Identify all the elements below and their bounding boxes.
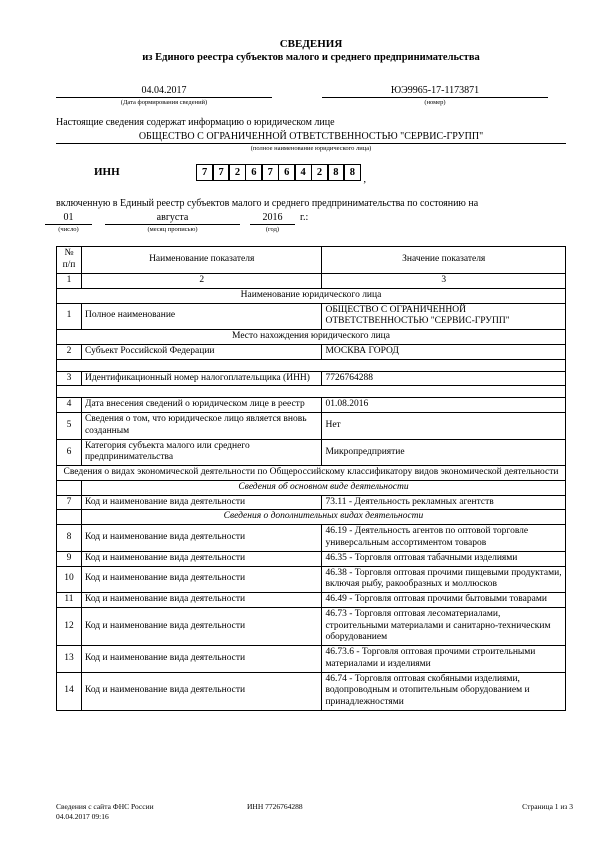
indicator-value-cell: 46.49 - Торговля оптовая прочими бытовым… [322,593,566,608]
subsection-header-cell: Сведения об основном виде деятельности [81,480,565,495]
indicator-name-cell: Категория субъекта малого или среднего п… [81,439,321,466]
document-content: СВЕДЕНИЯ из Единого реестра субъектов ма… [56,38,566,711]
row-number-cell: 9 [57,551,82,566]
inn-digit-box: 8 [343,164,361,181]
formation-date-label: (Дата формирования сведений) [56,98,272,107]
inn-digit-boxes: 7726764288 [196,164,362,181]
document-title: СВЕДЕНИЯ [56,38,566,51]
section-header-cell: Место нахождения юридического лица [57,330,566,345]
as-of-date-row: 01 (число) августа (месяц прописью) 2016… [56,211,566,234]
table-data-row: 10Код и наименование вида деятельности46… [57,566,566,593]
row-number-cell: 5 [57,413,82,440]
table-subsection-row: Сведения о дополнительных видах деятельн… [57,510,566,525]
indicator-name-cell: Код и наименование вида деятельности [81,525,321,552]
table-empty-row [57,359,566,371]
table-empty-row [57,386,566,398]
table-data-row: 14Код и наименование вида деятельности46… [57,672,566,710]
document-number-field: ЮЭ9965-17-1173871 (номер) [322,84,548,107]
table-subsection-row: Сведения об основном виде деятельности [57,480,566,495]
inn-digit-box: 2 [228,164,246,181]
inn-digit-box: 6 [278,164,296,181]
footer-source-block: Сведения с сайта ФНС России 04.04.2017 0… [56,802,154,822]
header-name-cell: Наименование показателя [81,247,321,274]
table-data-row: 5Сведения о том, что юридическое лицо яв… [57,413,566,440]
indicator-name-cell: Код и наименование вида деятельности [81,646,321,673]
included-line: включенную в Единый реестр субъектов мал… [56,197,566,210]
column-number-cell: 2 [81,274,321,289]
footer-page-number: Страница 1 из 3 [522,802,573,812]
report-table: № п/п Наименование показателя Значение п… [56,246,566,711]
column-number-cell: 3 [322,274,566,289]
indicator-name-cell: Сведения о том, что юридическое лицо явл… [81,413,321,440]
indicator-value-cell: 46.73.6 - Торговля оптовая прочими строи… [322,646,566,673]
document-number-value: ЮЭ9965-17-1173871 [322,84,548,98]
as-of-day-label: (число) [45,225,92,234]
table-data-row: 11Код и наименование вида деятельности46… [57,593,566,608]
table-data-row: 6Категория субъекта малого или среднего … [57,439,566,466]
table-data-row: 13Код и наименование вида деятельности46… [57,646,566,673]
header-fields-row: 04.04.2017 (Дата формирования сведений) … [56,84,566,107]
row-number-cell: 13 [57,646,82,673]
report-table-body: Наименование юридического лица1Полное на… [57,288,566,710]
indicator-value-cell: 01.08.2016 [322,398,566,413]
indicator-value-cell: 7726764288 [322,371,566,386]
as-of-day-value: 01 [45,211,92,225]
table-header-row: № п/п Наименование показателя Значение п… [57,247,566,274]
table-data-row: 12Код и наименование вида деятельности46… [57,607,566,645]
indicator-name-cell: Полное наименование [81,303,321,330]
table-data-row: 2Субъект Российской ФедерацииМОСКВА ГОРО… [57,344,566,359]
row-number-cell: 1 [57,303,82,330]
row-number-cell: 14 [57,672,82,710]
inn-comma: , [363,174,366,184]
indicator-value-cell: ОБЩЕСТВО С ОГРАНИЧЕННОЙ ОТВЕТСТВЕННОСТЬЮ… [322,303,566,330]
inn-digit-box: 2 [311,164,329,181]
row-number-cell: 3 [57,371,82,386]
subsection-header-cell: Сведения о дополнительных видах деятельн… [81,510,565,525]
intro-line: Настоящие сведения содержат информацию о… [56,116,566,129]
indicator-value-cell: 46.38 - Торговля оптовая прочими пищевым… [322,566,566,593]
table-data-row: 8Код и наименование вида деятельности46.… [57,525,566,552]
as-of-year-field: 2016 (год) [250,211,295,234]
table-section-row: Сведения о видах экономической деятельно… [57,466,566,481]
as-of-month-field: августа (месяц прописью) [105,211,240,234]
row-number-cell: 7 [57,495,82,510]
row-number-cell: 8 [57,525,82,552]
empty-separator-cell [57,386,566,398]
row-number-cell: 6 [57,439,82,466]
table-data-row: 1Полное наименованиеОБЩЕСТВО С ОГРАНИЧЕН… [57,303,566,330]
indicator-name-cell: Субъект Российской Федерации [81,344,321,359]
document-page: СВЕДЕНИЯ из Единого реестра субъектов ма… [0,0,595,842]
row-number-cell: 2 [57,344,82,359]
section-header-cell: Наименование юридического лица [57,288,566,303]
inn-label: ИНН [94,164,120,181]
row-number-cell: 12 [57,607,82,645]
as-of-year-value: 2016 [250,211,295,225]
header-value-cell: Значение показателя [322,247,566,274]
inn-digit-box: 4 [294,164,312,181]
indicator-name-cell: Код и наименование вида деятельности [81,495,321,510]
inn-row: ИНН 7726764288 , [56,164,566,184]
as-of-month-value: августа [105,211,240,225]
indicator-value-cell: 46.73 - Торговля оптовая лесоматериалами… [322,607,566,645]
table-data-row: 9Код и наименование вида деятельности46.… [57,551,566,566]
as-of-year-suffix: г.: [300,211,308,234]
table-data-row: 7Код и наименование вида деятельности73.… [57,495,566,510]
indicator-value-cell: 73.11 - Деятельность рекламных агентств [322,495,566,510]
footer-inn: ИНН 7726764288 [247,802,303,812]
indicator-value-cell: Микропредприятие [322,439,566,466]
footer-generated-at: 04.04.2017 09:16 [56,812,154,822]
table-section-row: Наименование юридического лица [57,288,566,303]
indicator-name-cell: Код и наименование вида деятельности [81,593,321,608]
indicator-name-cell: Дата внесения сведений о юридическом лиц… [81,398,321,413]
section-header-cell: Сведения о видах экономической деятельно… [57,466,566,481]
row-number-cell: 4 [57,398,82,413]
subsection-empty-num-cell [57,510,82,525]
indicator-value-cell: МОСКВА ГОРОД [322,344,566,359]
formation-date-value: 04.04.2017 [56,84,272,98]
inn-digit-box: 8 [327,164,345,181]
column-number-cell: 1 [57,274,82,289]
indicator-name-cell: Код и наименование вида деятельности [81,566,321,593]
table-column-numbers-row: 1 2 3 [57,274,566,289]
indicator-value-cell: Нет [322,413,566,440]
as-of-day-field: 01 (число) [45,211,92,234]
row-number-cell: 11 [57,593,82,608]
row-number-cell: 10 [57,566,82,593]
indicator-name-cell: Код и наименование вида деятельности [81,607,321,645]
company-name-label: (полное наименование юридического лица) [56,144,566,153]
table-data-row: 4Дата внесения сведений о юридическом ли… [57,398,566,413]
header-num-cell: № п/п [57,247,82,274]
document-subtitle: из Единого реестра субъектов малого и ср… [56,51,566,64]
subsection-empty-num-cell [57,480,82,495]
indicator-name-cell: Код и наименование вида деятельности [81,551,321,566]
indicator-value-cell: 46.19 - Деятельность агентов по оптовой … [322,525,566,552]
inn-digit-box: 7 [261,164,279,181]
table-data-row: 3Идентификационный номер налогоплательщи… [57,371,566,386]
as-of-month-label: (месяц прописью) [105,225,240,234]
as-of-year-label: (год) [250,225,295,234]
indicator-name-cell: Код и наименование вида деятельности [81,672,321,710]
empty-separator-cell [57,359,566,371]
inn-digit-box: 6 [245,164,263,181]
inn-digit-box: 7 [196,164,214,181]
inn-digit-box: 7 [212,164,230,181]
footer-source: Сведения с сайта ФНС России [56,802,154,812]
formation-date-field: 04.04.2017 (Дата формирования сведений) [56,84,272,107]
document-number-label: (номер) [322,98,548,107]
indicator-value-cell: 46.74 - Торговля оптовая скобяными издел… [322,672,566,710]
company-name-value: ОБЩЕСТВО С ОГРАНИЧЕННОЙ ОТВЕТСТВЕННОСТЬЮ… [56,130,566,144]
indicator-name-cell: Идентификационный номер налогоплательщик… [81,371,321,386]
indicator-value-cell: 46.35 - Торговля оптовая табачными издел… [322,551,566,566]
table-section-row: Место нахождения юридического лица [57,330,566,345]
company-name-field: ОБЩЕСТВО С ОГРАНИЧЕННОЙ ОТВЕТСТВЕННОСТЬЮ… [56,130,566,153]
